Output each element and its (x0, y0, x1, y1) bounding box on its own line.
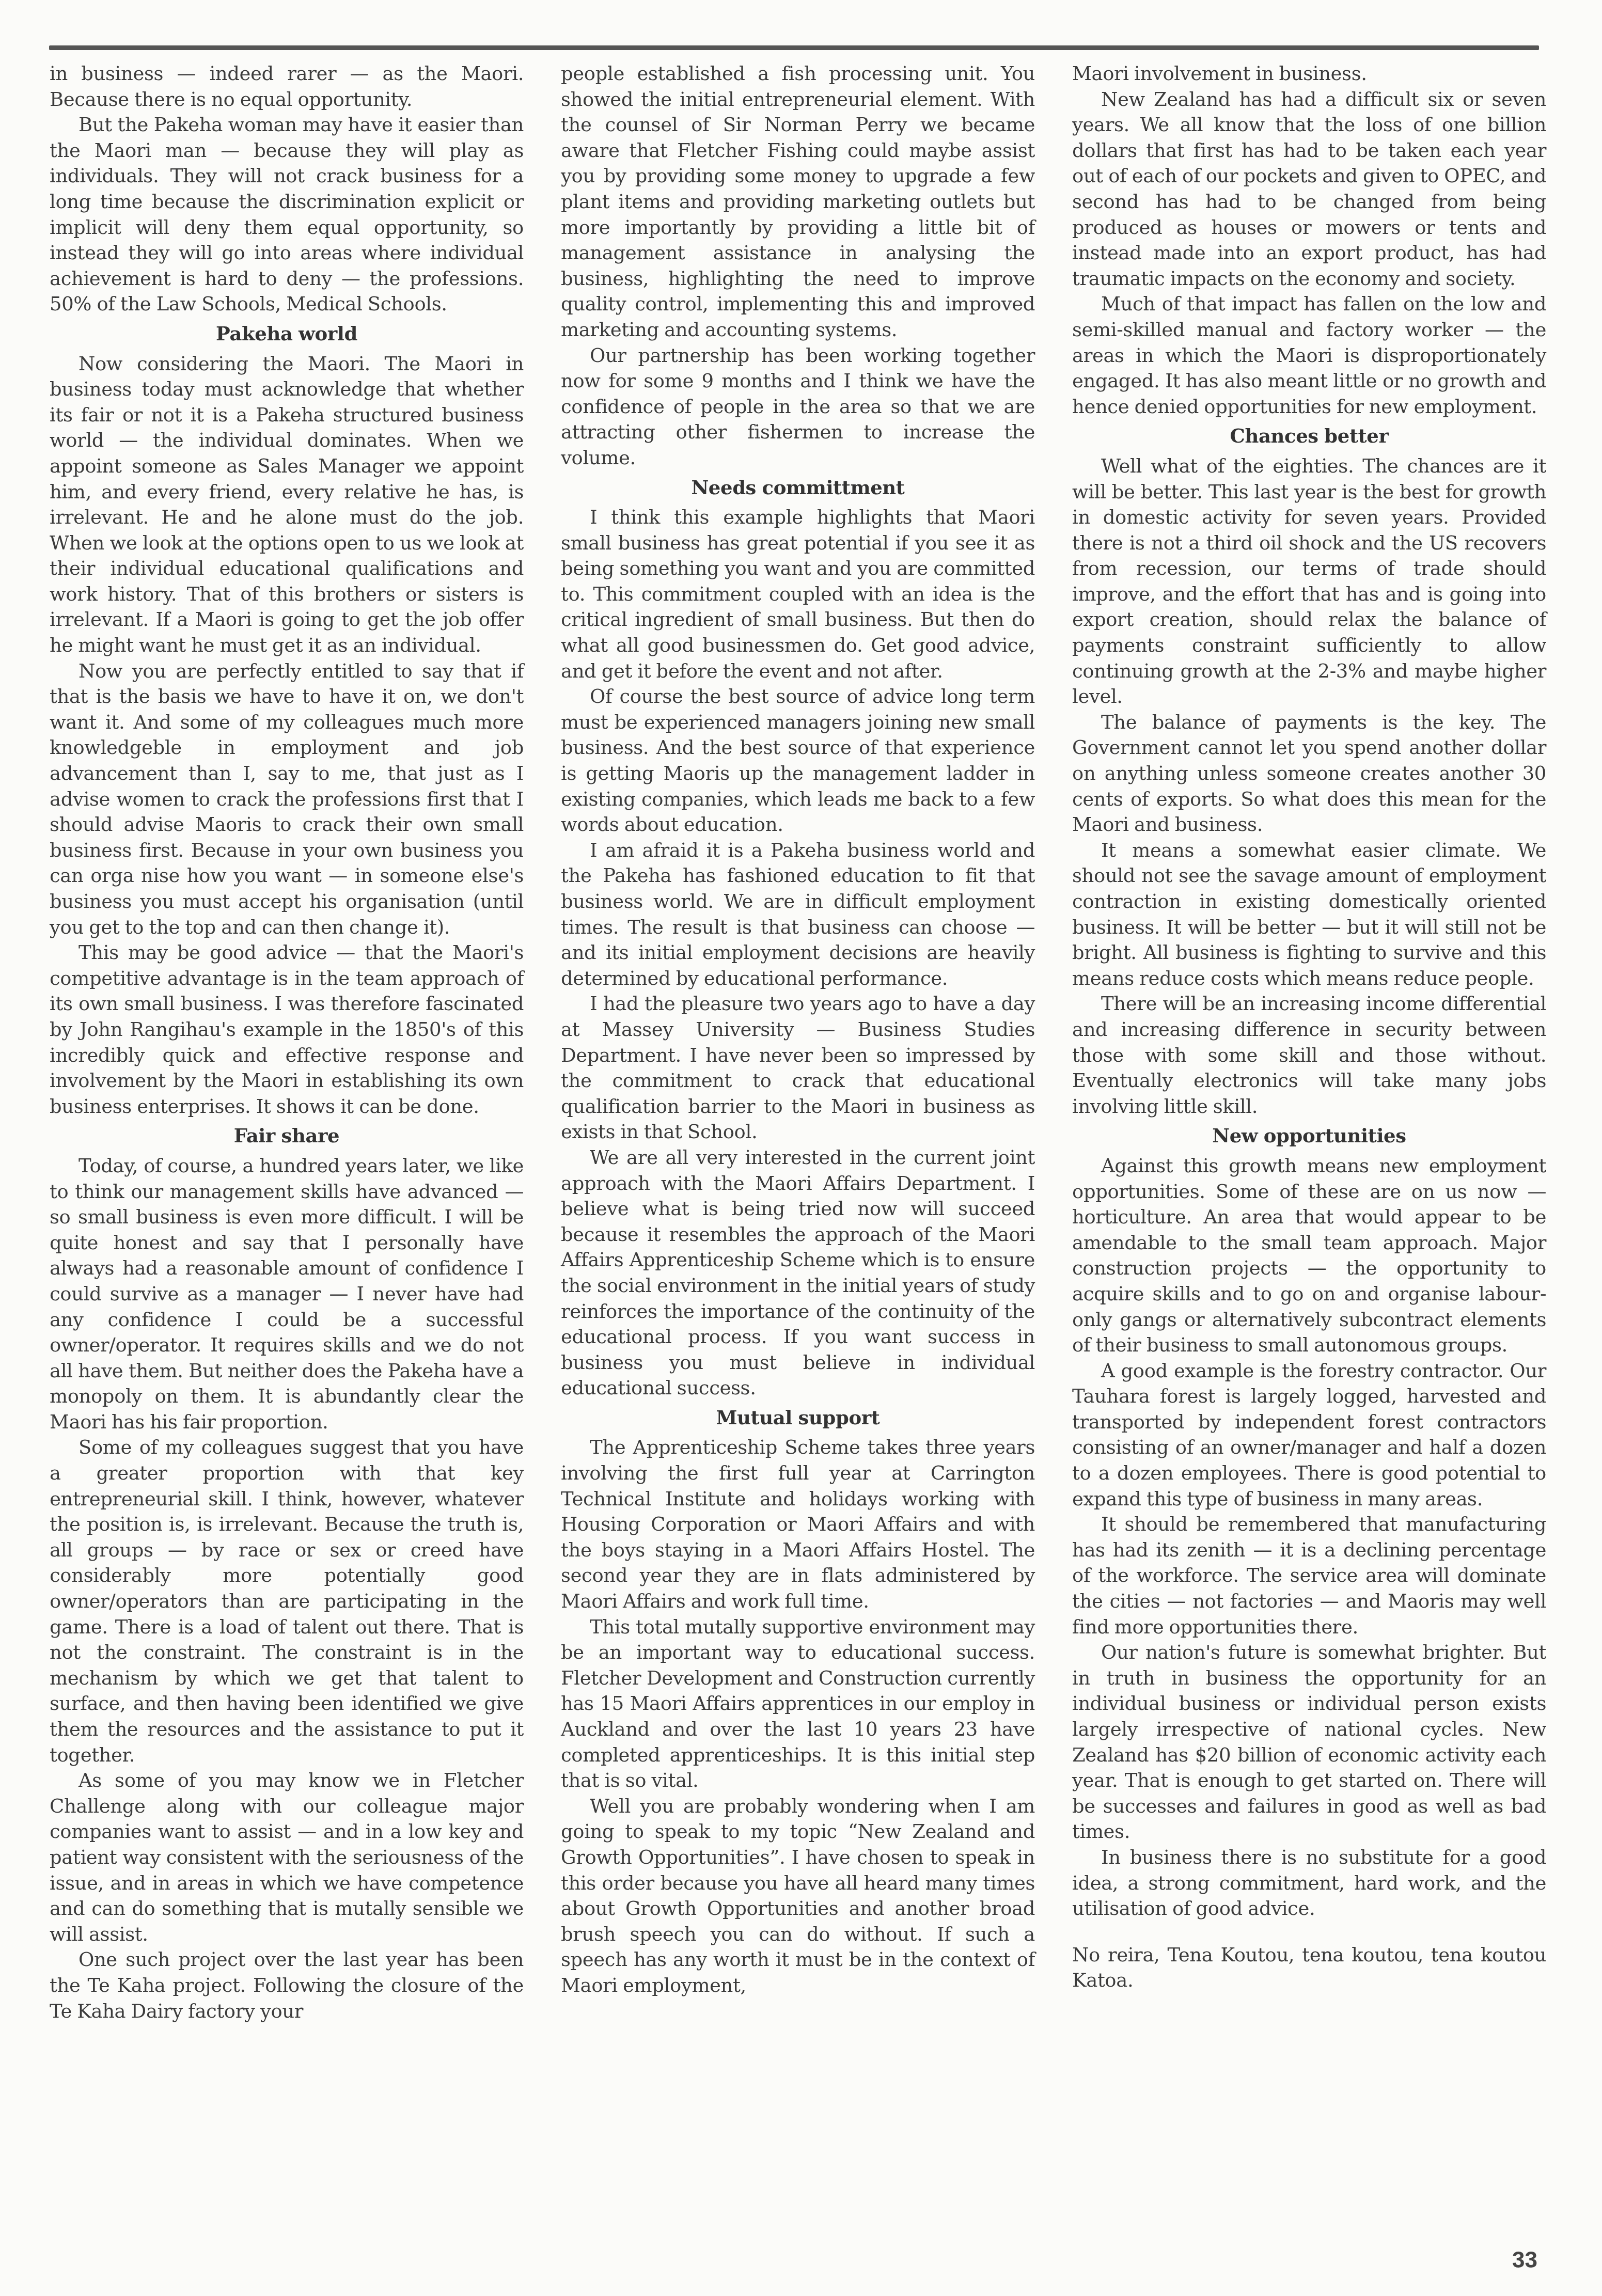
paragraph: Well you are probably wondering when I a… (561, 1794, 1035, 1999)
paragraph: I am afraid it is a Pakeha business worl… (561, 838, 1035, 992)
article-column-3: Maori involvement in business. New Zeala… (1072, 61, 1546, 1993)
paragraph: This may be good advice — that the Maori… (50, 940, 524, 1119)
paragraph: There will be an increasing income diffe… (1072, 991, 1546, 1119)
paragraph: Of course the best source of advice long… (561, 684, 1035, 838)
paragraph: Now you are perfectly entitled to say th… (50, 658, 524, 940)
paragraph: It should be remembered that manufacturi… (1072, 1512, 1546, 1640)
paragraph: This total mutally supportive environmen… (561, 1614, 1035, 1794)
paragraph: Some of my colleagues suggest that you h… (50, 1435, 524, 1768)
paragraph: Our nation's future is somewhat brighter… (1072, 1640, 1546, 1845)
paragraph: Maori involvement in business. (1072, 61, 1546, 87)
paragraph: in business — indeed rarer — as the Maor… (50, 61, 524, 112)
section-heading: Needs committment (561, 475, 1035, 501)
paragraph: Against this growth means new employment… (1072, 1153, 1546, 1358)
paragraph: A good example is the forestry contracto… (1072, 1358, 1546, 1512)
paragraph: The Apprenticeship Scheme takes three ye… (561, 1435, 1035, 1614)
paragraph: The balance of payments is the key. The … (1072, 710, 1546, 838)
paragraph: people established a fish processing uni… (561, 61, 1035, 343)
article-column-2: people established a fish processing uni… (561, 61, 1035, 1999)
section-heading: Mutual support (561, 1405, 1035, 1431)
paragraph: Our partnership has been working togethe… (561, 343, 1035, 471)
paragraph: New Zealand has had a difficult six or s… (1072, 87, 1546, 292)
section-heading: Fair share (50, 1123, 524, 1149)
paragraph: Well what of the eighties. The chances a… (1072, 453, 1546, 710)
paragraph: One such project over the last year has … (50, 1947, 524, 2024)
paragraph: I think this example highlights that Mao… (561, 505, 1035, 684)
section-heading: Chances better (1072, 423, 1546, 449)
paragraph: It means a somewhat easier climate. We s… (1072, 838, 1546, 992)
paragraph: But the Pakeha woman may have it easier … (50, 112, 524, 317)
paragraph: As some of you may know we in Fletcher C… (50, 1768, 524, 1947)
paragraph: I had the pleasure two years ago to have… (561, 991, 1035, 1145)
paragraph: Today, of course, a hundred years later,… (50, 1153, 524, 1435)
paragraph: In business there is no substitute for a… (1072, 1845, 1546, 1922)
paragraph: We are all very interested in the curren… (561, 1145, 1035, 1401)
paragraph: Much of that impact has fallen on the lo… (1072, 291, 1546, 419)
page-number: 33 (1512, 2247, 1537, 2273)
section-heading: New opportunities (1072, 1123, 1546, 1149)
closing-greeting: No reira, Tena Koutou, tena koutou, tena… (1072, 1942, 1546, 1993)
section-heading: Pakeha world (50, 321, 524, 347)
article-column-1: in business — indeed rarer — as the Maor… (50, 61, 524, 2024)
paragraph: Now considering the Maori. The Maori in … (50, 351, 524, 658)
top-rule (49, 45, 1539, 50)
